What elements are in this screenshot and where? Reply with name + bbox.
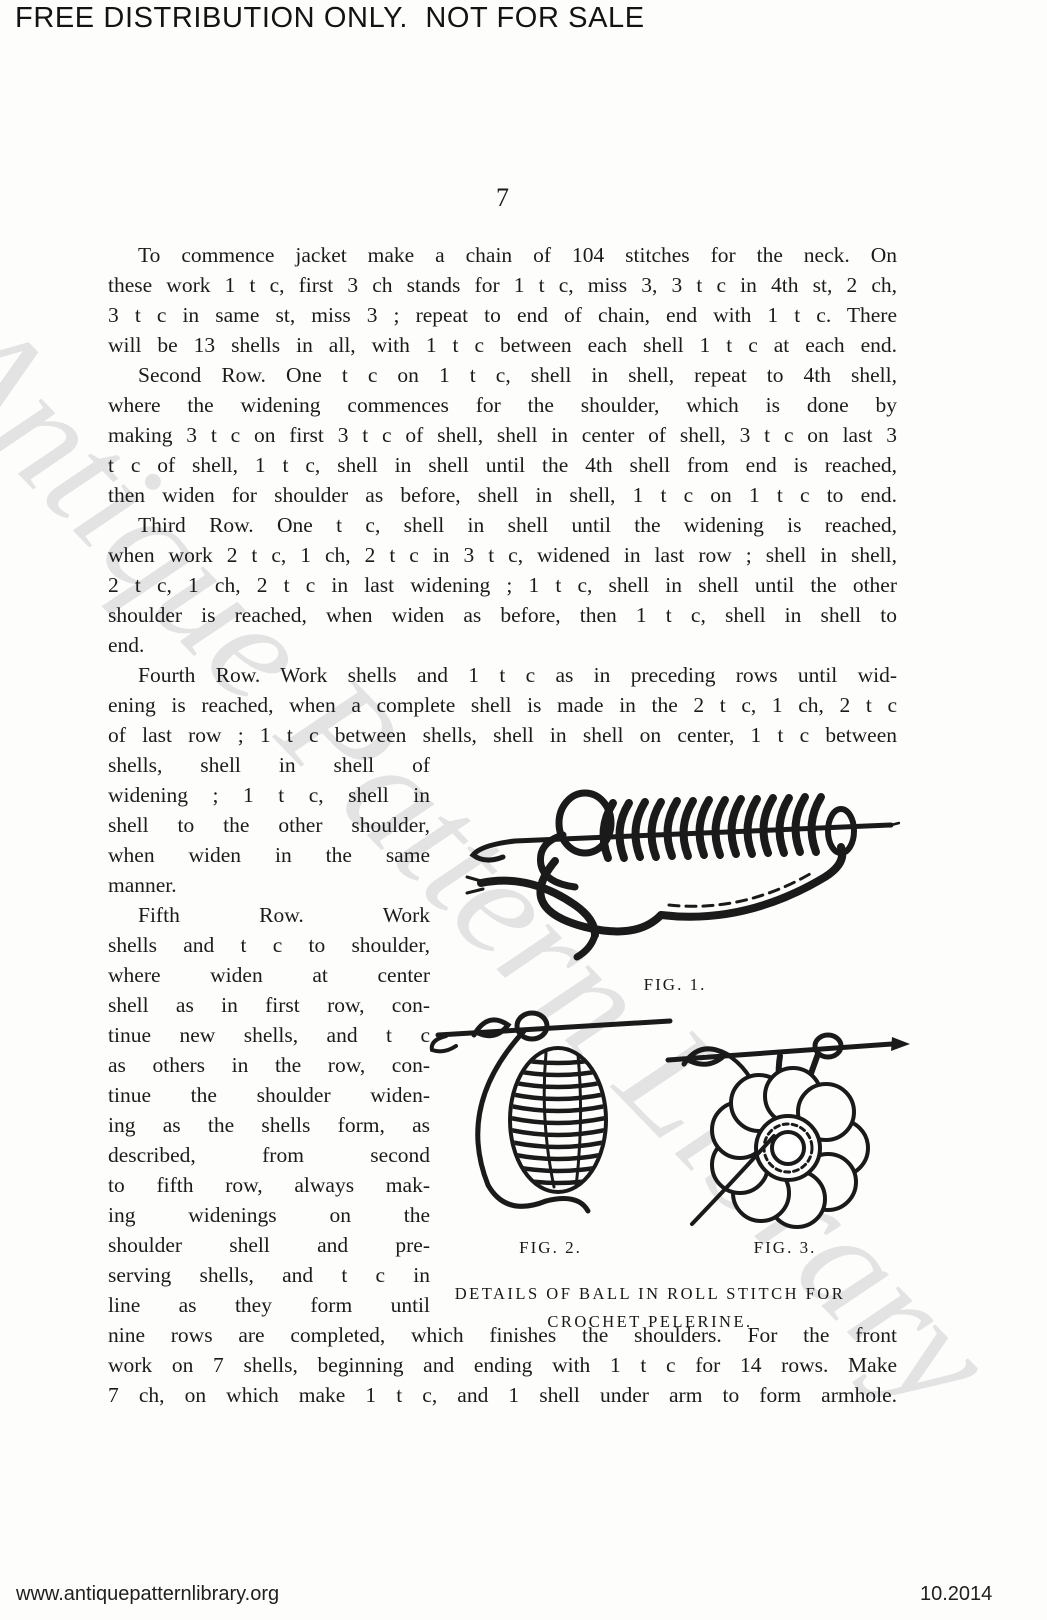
figure-1-roll-stitch-on-hook-illustration xyxy=(445,765,900,965)
paragraph-second-row: Second Row. One t c on 1 t c, shell in s… xyxy=(108,360,897,510)
page-number: 7 xyxy=(108,183,897,213)
fig2-drawing xyxy=(428,995,673,1230)
figures-details-caption: DETAILS OF BALL IN ROLL STITCH FOR CROCH… xyxy=(400,1280,900,1336)
figure-3-caption: FIG. 3. xyxy=(660,1238,910,1258)
fig3-drawing xyxy=(660,998,910,1230)
fig1-drawing xyxy=(445,765,900,965)
paragraph-third-row: Third Row. One t c, shell in shell until… xyxy=(108,510,897,660)
footer-date-text: 10.2014 xyxy=(920,1583,992,1606)
footer-website-text: www.antiquepatternlibrary.org xyxy=(16,1583,279,1606)
figure-2-roll-stitch-bundle-illustration xyxy=(428,995,673,1230)
paragraph-fourth-row: Fourth Row. Work shells and 1 t c as in … xyxy=(108,660,897,750)
figure-1-caption: FIG. 1. xyxy=(460,975,890,995)
narrow-column: shells, shell in shell of widening ; 1 t… xyxy=(108,750,430,1320)
free-distribution-banner: FREE DISTRIBUTION ONLY. NOT FOR SALE xyxy=(15,2,645,35)
paragraph-fifth-row: Fifth Row. Work shells and t c to should… xyxy=(108,900,430,1320)
paragraph-intro: To commence jacket make a chain of 104 s… xyxy=(108,240,897,360)
figure-2-caption: FIG. 2. xyxy=(428,1238,673,1258)
paragraph-fourth-row-continued: shells, shell in shell of widening ; 1 t… xyxy=(108,750,430,900)
scanned-book-page: FREE DISTRIBUTION ONLY. NOT FOR SALE Ant… xyxy=(0,0,1047,1620)
figure-3-roll-stitch-ball-illustration xyxy=(660,998,910,1230)
